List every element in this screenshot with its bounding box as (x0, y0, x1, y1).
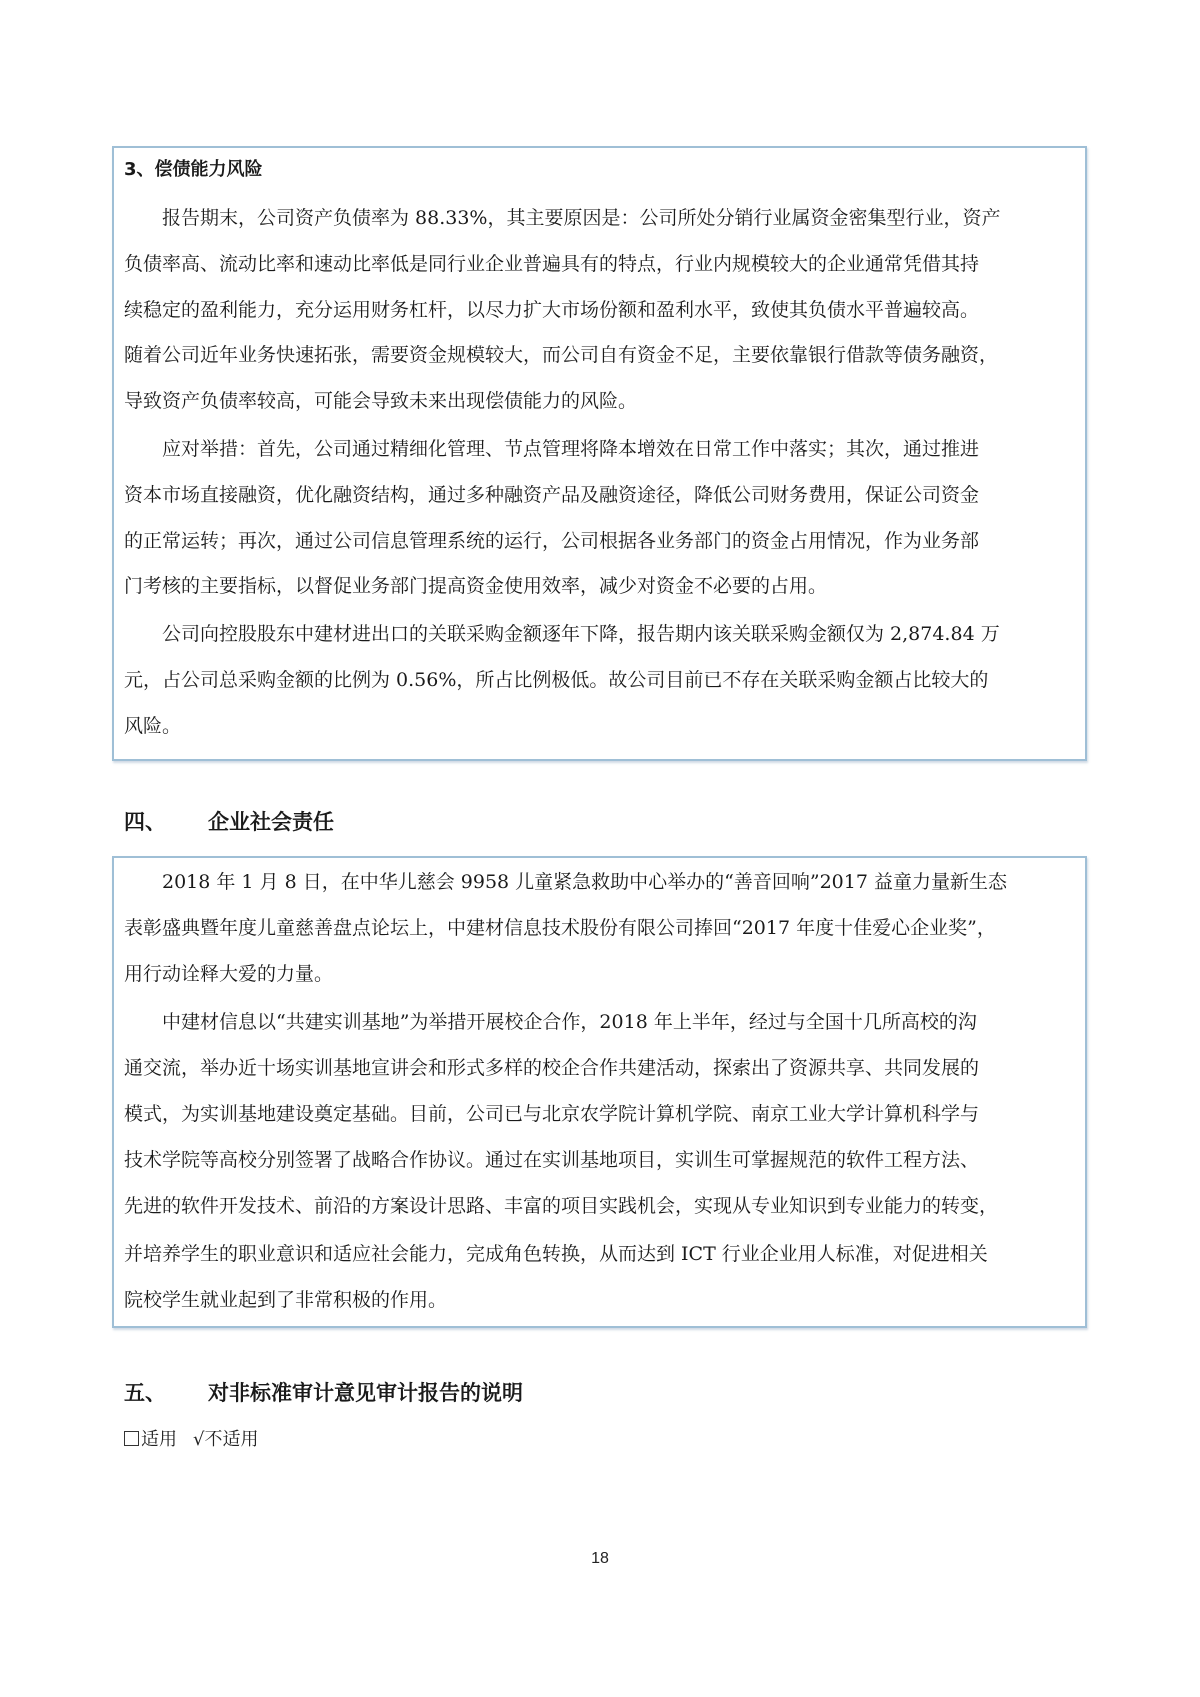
paragraph-line: 门考核的主要指标，以督促业务部门提高资金使用效率，减少对资金不必要的占用。 (124, 571, 1076, 601)
paragraph-line: 报告期末，公司资产负债率为 88.33%，其主要原因是：公司所处分销行业属资金密… (124, 203, 1076, 233)
paragraph-line: 负债率高、流动比率和速动比率低是同行业企业普遍具有的特点，行业内规模较大的企业通… (124, 249, 1076, 279)
applicable-label: 适用 (141, 1429, 177, 1450)
page-number: 18 (0, 1550, 1200, 1568)
applicability-options: 适用√不适用 (124, 1426, 258, 1454)
paragraph-line: 资本市场直接融资，优化融资结构，通过多种融资产品及融资途径，降低公司财务费用，保… (124, 480, 1076, 510)
paragraph-line: 应对举措：首先，公司通过精细化管理、节点管理将降本增效在日常工作中落实；其次，通… (124, 434, 1076, 464)
paragraph-line: 中建材信息以“共建实训基地”为举措开展校企合作，2018 年上半年，经过与全国十… (124, 1007, 1076, 1037)
paragraph-line: 表彰盛典暨年度儿童慈善盘点论坛上，中建材信息技术股份有限公司捧回“2017 年度… (124, 913, 1076, 943)
section3-subheading: 3、偿债能力风险 (124, 155, 1076, 185)
section5-number: 五、 (124, 1377, 208, 1409)
applicable-checkbox[interactable] (124, 1431, 139, 1446)
section5-heading: 五、对非标准审计意见审计报告的说明 (124, 1377, 523, 1409)
paragraph-line: 用行动诠释大爱的力量。 (124, 959, 1076, 989)
paragraph-line: 技术学院等高校分别签署了战略合作协议。通过在实训基地项目，实训生可掌握规范的软件… (124, 1145, 1076, 1175)
section5-title: 对非标准审计意见审计报告的说明 (208, 1381, 523, 1405)
paragraph-line: 元，占公司总采购金额的比例为 0.56%，所占比例极低。故公司目前已不存在关联采… (124, 665, 1076, 695)
paragraph-line: 并培养学生的职业意识和适应社会能力，完成角色转换，从而达到 ICT 行业企业用人… (124, 1239, 1076, 1269)
paragraph-line: 院校学生就业起到了非常积极的作用。 (124, 1285, 1076, 1315)
section4-heading: 四、企业社会责任 (124, 806, 334, 838)
paragraph-line: 通交流，举办近十场实训基地宣讲会和形式多样的校企合作共建活动，探索出了资源共享、… (124, 1053, 1076, 1083)
paragraph-line: 公司向控股股东中建材进出口的关联采购金额逐年下降，报告期内该关联采购金额仅为 2… (124, 619, 1076, 649)
not-applicable-label: 不适用 (204, 1429, 258, 1450)
paragraph-line: 模式，为实训基地建设奠定基础。目前，公司已与北京农学院计算机学院、南京工业大学计… (124, 1099, 1076, 1129)
paragraph-line: 先进的软件开发技术、前沿的方案设计思路、丰富的项目实践机会，实现从专业知识到专业… (124, 1191, 1076, 1221)
paragraph-line: 风险。 (124, 711, 1076, 741)
paragraph-line: 随着公司近年业务快速拓张，需要资金规模较大，而公司自有资金不足，主要依靠银行借款… (124, 340, 1076, 370)
check-mark-icon[interactable]: √ (193, 1429, 204, 1450)
paragraph-line: 续稳定的盈利能力，充分运用财务杠杆，以尽力扩大市场份额和盈利水平，致使其负债水平… (124, 295, 1076, 325)
paragraph-line: 的正常运转；再次，通过公司信息管理系统的运行，公司根据各业务部门的资金占用情况，… (124, 526, 1076, 556)
section4-number: 四、 (124, 806, 208, 838)
paragraph-line: 导致资产负债率较高，可能会导致未来出现偿债能力的风险。 (124, 386, 1076, 416)
paragraph-line: 2018 年 1 月 8 日，在中华儿慈会 9958 儿童紧急救助中心举办的“善… (124, 867, 1076, 897)
section4-title: 企业社会责任 (208, 810, 334, 834)
